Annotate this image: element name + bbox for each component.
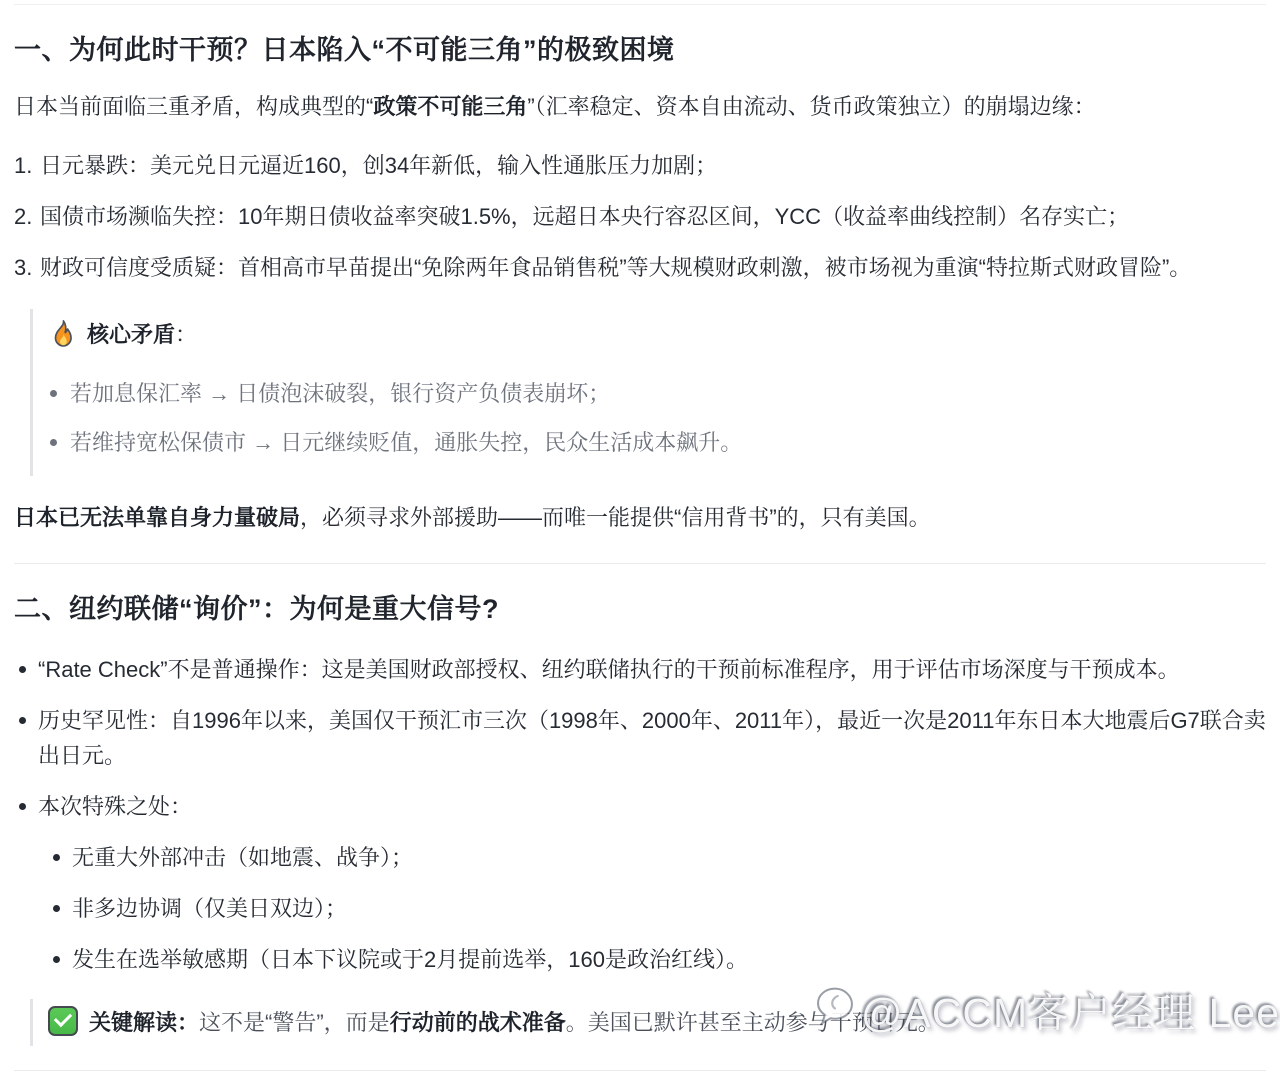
contradiction-list: 日元暴跌：美元兑日元逼近160，创34年新低，输入性通胀压力加剧； 国债市场濒临… bbox=[14, 148, 1266, 285]
section1-intro: 日本当前面临三重矛盾，构成典型的“政策不可能三角”（汇率稳定、资本自由流动、货币… bbox=[14, 89, 1266, 124]
bullet-historical-rarity: 历史罕见性：自1996年以来，美国仅干预汇市三次（1998年、2000年、201… bbox=[14, 703, 1266, 773]
list-item-jgb-market: 国债市场濒临失控：10年期日债收益率突破1.5%，远超日本央行容忍区间，YCC（… bbox=[14, 199, 1266, 234]
special-points-sublist: 无重大外部冲击（如地震、战争）； 非多边协调（仅美日双边）； 发生在选举敏感期（… bbox=[48, 840, 1266, 977]
bullet-rate-check: “Rate Check”不是普通操作：这是美国财政部授权、纽约联储执行的干预前标… bbox=[14, 652, 1266, 687]
section1-heading: 一、为何此时干预？日本陷入“不可能三角”的极致困境 bbox=[14, 33, 1266, 67]
conclusion-bold: 日本已无法单靠自身力量破局 bbox=[14, 505, 300, 530]
document-page: 一、为何此时干预？日本陷入“不可能三角”的极致困境 日本当前面临三重矛盾，构成典… bbox=[0, 0, 1280, 1071]
callout-colon: ： bbox=[177, 1010, 199, 1035]
list-item-fiscal-credibility: 财政可信度受质疑：首相高市早苗提出“免除两年食品销售税”等大规模财政刺激，被市场… bbox=[14, 250, 1266, 285]
check-tick bbox=[54, 1009, 72, 1027]
callout-label: 关键解读 bbox=[89, 1010, 177, 1035]
section2-heading: 二、纽约联储“询价”：为何是重大信号? bbox=[14, 592, 1266, 626]
callout-text-pre: 这不是“警告”，而是 bbox=[199, 1010, 390, 1035]
list-item-yen-crash: 日元暴跌：美元兑日元逼近160，创34年新低，输入性通胀压力加剧； bbox=[14, 148, 1266, 183]
fire-icon bbox=[48, 319, 78, 351]
conclusion-post: ，必须寻求外部援助——而唯一能提供“信用背书”的，只有美国。 bbox=[300, 505, 931, 530]
section1-conclusion: 日本已无法单靠自身力量破局，必须寻求外部援助——而唯一能提供“信用背书”的，只有… bbox=[14, 500, 1266, 535]
core-contradiction-quote: 核心矛盾： 若加息保汇率 → 日债泡沫破裂，银行资产负债表崩坏； 若维持宽松保债… bbox=[30, 309, 1266, 476]
quote-label-row: 核心矛盾： bbox=[48, 317, 1266, 352]
quote-label-bold: 核心矛盾 bbox=[87, 322, 175, 347]
quote-bullet-rate-hike: 若加息保汇率 → 日债泡沫破裂，银行资产负债表崩坏； bbox=[48, 376, 1266, 411]
callout-text-post: 。美国已默许甚至主动参与干预日元。 bbox=[566, 1010, 940, 1035]
key-interpretation-callout: 关键解读：这不是“警告”，而是行动前的战术准备。美国已默许甚至主动参与干预日元。 bbox=[30, 999, 1266, 1046]
sub-bullet-no-shock: 无重大外部冲击（如地震、战争）； bbox=[48, 840, 1266, 875]
sub-bullet-bilateral: 非多边协调（仅美日双边）； bbox=[48, 891, 1266, 926]
intro-text-post: ”（汇率稳定、资本自由流动、货币政策独立）的崩塌边缘： bbox=[527, 94, 1095, 119]
bottom-divider bbox=[14, 1070, 1266, 1071]
intro-text-bold: 政策不可能三角 bbox=[373, 94, 527, 119]
intro-text-pre: 日本当前面临三重矛盾，构成典型的“ bbox=[14, 94, 373, 119]
top-divider bbox=[14, 4, 1266, 5]
bullet-special-points: 本次特殊之处： 无重大外部冲击（如地震、战争）； 非多边协调（仅美日双边）； 发… bbox=[14, 789, 1266, 977]
check-icon bbox=[48, 1006, 78, 1036]
signal-bullet-list: “Rate Check”不是普通操作：这是美国财政部授权、纽约联储执行的干预前标… bbox=[14, 652, 1266, 977]
sub-bullet-election: 发生在选举敏感期（日本下议院或于2月提前选举，160是政治红线）。 bbox=[48, 942, 1266, 977]
callout-line: 关键解读：这不是“警告”，而是行动前的战术准备。美国已默许甚至主动参与干预日元。 bbox=[48, 1005, 1266, 1040]
callout-text-bold: 行动前的战术准备 bbox=[390, 1010, 566, 1035]
section-divider bbox=[14, 563, 1266, 564]
quote-label: 核心矛盾： bbox=[87, 317, 197, 352]
quote-bullet-easing: 若维持宽松保债市 → 日元继续贬值，通胀失控，民众生活成本飙升。 bbox=[48, 425, 1266, 460]
bullet-special-points-label: 本次特殊之处： bbox=[38, 794, 192, 819]
quote-bullet-list: 若加息保汇率 → 日债泡沫破裂，银行资产负债表崩坏； 若维持宽松保债市 → 日元… bbox=[48, 376, 1266, 460]
quote-label-colon: ： bbox=[175, 322, 197, 347]
